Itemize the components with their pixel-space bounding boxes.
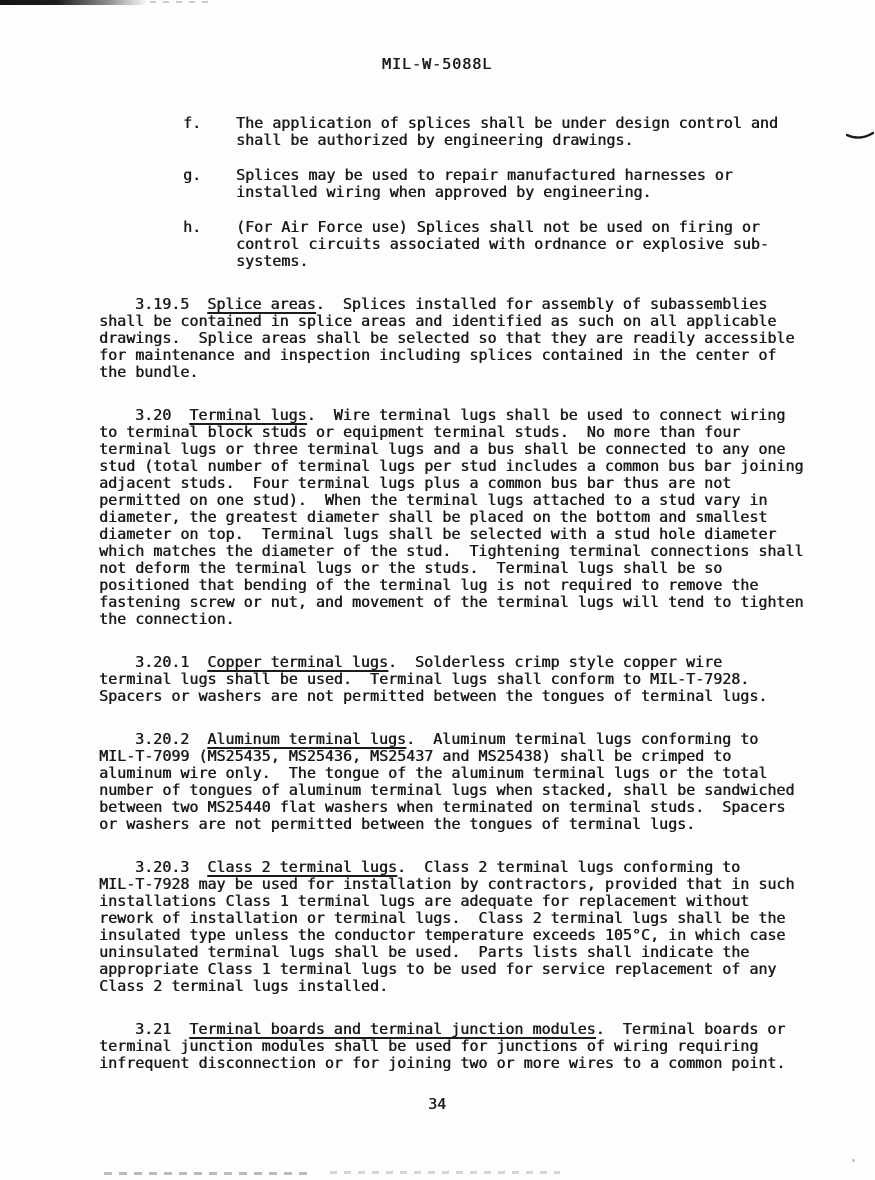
scan-artifact-top-specks — [150, 1, 210, 3]
section-title: Copper terminal lugs — [207, 653, 388, 671]
section-number: 3.20.1 — [135, 653, 207, 671]
list-item-label: h. — [183, 219, 236, 270]
section-number: 3.21 — [135, 1020, 189, 1038]
lettered-list: f.The application of splices shall be un… — [183, 115, 855, 270]
section-number: 3.19.5 — [135, 295, 207, 313]
section-title: Splice areas — [207, 295, 315, 313]
scan-artifact-bottom-dashes — [330, 1171, 560, 1174]
list-item-text: The application of splices shall be unde… — [236, 115, 778, 149]
section-3-19-5: 3.19.5 Splice areas. Splices installed f… — [99, 296, 855, 381]
section-3-20-1: 3.20.1 Copper terminal lugs. Solderless … — [99, 654, 855, 705]
scan-artifact-bottom-dashes — [104, 1172, 314, 1175]
section-3-20-2: 3.20.2 Aluminum terminal lugs. Aluminum … — [99, 731, 855, 833]
section-title: Class 2 terminal lugs — [207, 858, 397, 876]
section-number: 3.20.2 — [135, 730, 207, 748]
section-body: . Class 2 terminal lugs conforming to MI… — [99, 858, 794, 995]
section-3-20: 3.20 Terminal lugs. Wire terminal lugs s… — [99, 407, 855, 628]
section-title: Terminal boards and terminal junction mo… — [189, 1020, 595, 1038]
section-number: 3.20.3 — [135, 858, 207, 876]
scan-artifact-speck — [852, 1159, 855, 1162]
section-3-21: 3.21 Terminal boards and terminal juncti… — [99, 1021, 855, 1072]
list-item-text: (For Air Force use) Splices shall not be… — [236, 219, 769, 270]
section-title: Terminal lugs — [189, 406, 306, 424]
document-page: MIL-W-5088L f.The application of splices… — [0, 0, 875, 1180]
list-item-h: h.(For Air Force use) Splices shall not … — [183, 219, 855, 270]
section-3-20-3: 3.20.3 Class 2 terminal lugs. Class 2 te… — [99, 859, 855, 995]
list-item-label: g. — [183, 167, 236, 201]
section-title: Aluminum terminal lugs — [207, 730, 406, 748]
list-item-g: g.Splices may be used to repair manufact… — [183, 167, 855, 201]
scan-artifact-top-streak — [0, 0, 148, 5]
scan-artifact-pen-mark — [846, 130, 874, 147]
page-number: 34 — [99, 1096, 775, 1113]
list-item-label: f. — [183, 115, 236, 149]
list-item-f: f.The application of splices shall be un… — [183, 115, 855, 149]
section-body: . Wire terminal lugs shall be used to co… — [99, 406, 803, 628]
list-item-text: Splices may be used to repair manufactur… — [236, 167, 733, 201]
document-header: MIL-W-5088L — [99, 56, 775, 73]
section-number: 3.20 — [135, 406, 189, 424]
